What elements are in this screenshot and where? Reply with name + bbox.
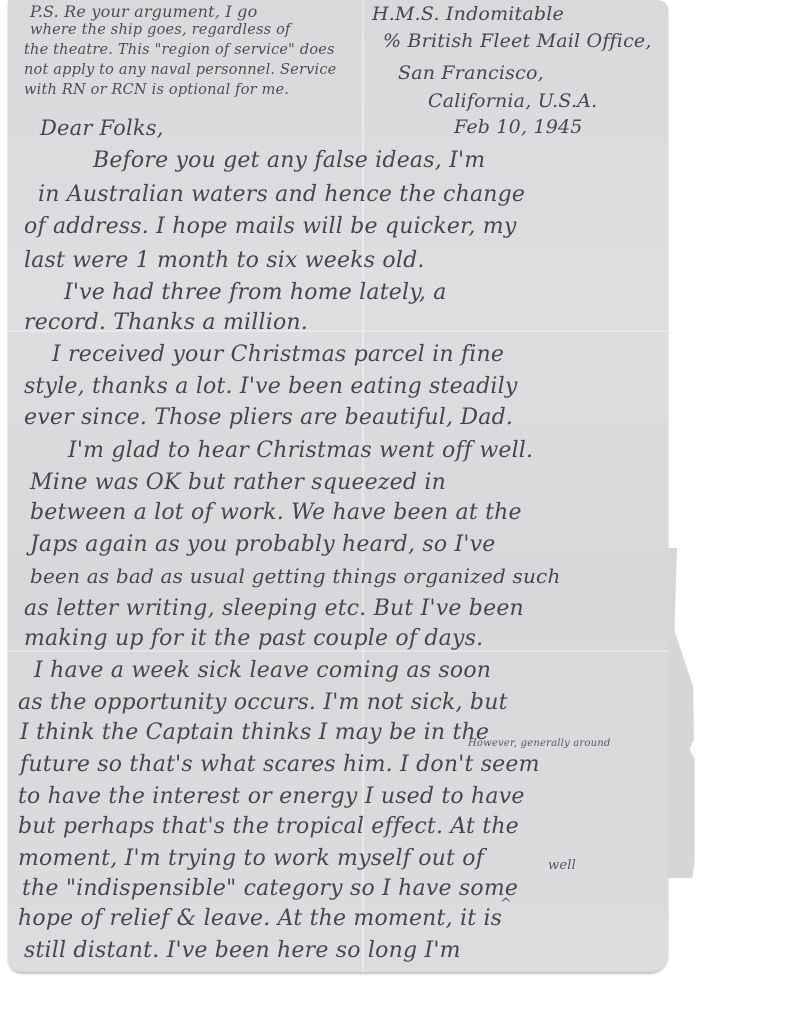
- postscript-line: P.S. Re your argument, I go: [30, 2, 257, 21]
- body-line: I received your Christmas parcel in fine: [52, 342, 504, 367]
- letter-date: Feb 10, 1945: [454, 116, 583, 138]
- postscript-line: with RN or RCN is optional for me.: [24, 82, 289, 98]
- body-line: ever since. Those pliers are beautiful, …: [24, 405, 513, 430]
- body-line: Mine was OK but rather squeezed in: [30, 470, 446, 495]
- salutation: Dear Folks,: [40, 116, 164, 140]
- body-line: but perhaps that's the tropical effect. …: [18, 814, 519, 839]
- inserted-text: well: [548, 858, 576, 873]
- body-line: hope of relief & leave. At the moment, i…: [18, 906, 502, 931]
- body-line: in Australian waters and hence the chang…: [38, 182, 525, 207]
- body-line: style, thanks a lot. I've been eating st…: [24, 374, 518, 399]
- body-line: last were 1 month to six weeks old.: [24, 248, 425, 273]
- address-line: H.M.S. Indomitable: [372, 3, 564, 25]
- address-line: California, U.S.A.: [428, 90, 597, 112]
- address-line: % British Fleet Mail Office,: [383, 30, 652, 52]
- body-line: Before you get any false ideas, I'm: [93, 148, 485, 173]
- address-line: San Francisco,: [398, 62, 544, 84]
- body-line: still distant. I've been here so long I'…: [24, 938, 461, 963]
- body-line: to have the interest or energy I used to…: [18, 784, 525, 809]
- letter-page: P.S. Re your argument, I go where the sh…: [8, 0, 668, 972]
- postscript-line: not apply to any naval personnel. Servic…: [24, 62, 336, 78]
- body-line: of address. I hope mails will be quicker…: [24, 214, 516, 239]
- body-line: as letter writing, sleeping etc. But I'v…: [24, 596, 524, 621]
- body-line: future so that's what scares him. I don'…: [20, 752, 540, 777]
- body-line: record. Thanks a million.: [24, 310, 308, 335]
- body-line: I think the Captain thinks I may be in t…: [20, 720, 489, 745]
- body-line: I'm glad to hear Christmas went off well…: [68, 438, 533, 463]
- torn-paper-edge: [668, 548, 704, 878]
- body-line: I've had three from home lately, a: [64, 280, 447, 305]
- body-line: as the opportunity occurs. I'm not sick,…: [18, 690, 508, 715]
- body-line: between a lot of work. We have been at t…: [30, 500, 522, 525]
- postscript-line: the theatre. This "region of service" do…: [24, 42, 335, 58]
- postscript-line: where the ship goes, regardless of: [30, 22, 291, 38]
- inserted-text: However, generally around: [468, 738, 611, 749]
- body-line: making up for it the past couple of days…: [24, 626, 483, 651]
- body-line: I have a week sick leave coming as soon: [34, 658, 491, 683]
- body-line: the "indispensible" category so I have s…: [22, 876, 518, 901]
- body-line: moment, I'm trying to work myself out of: [18, 846, 484, 871]
- body-line: been as bad as usual getting things orga…: [30, 564, 561, 588]
- body-line: Japs again as you probably heard, so I'v…: [30, 532, 495, 557]
